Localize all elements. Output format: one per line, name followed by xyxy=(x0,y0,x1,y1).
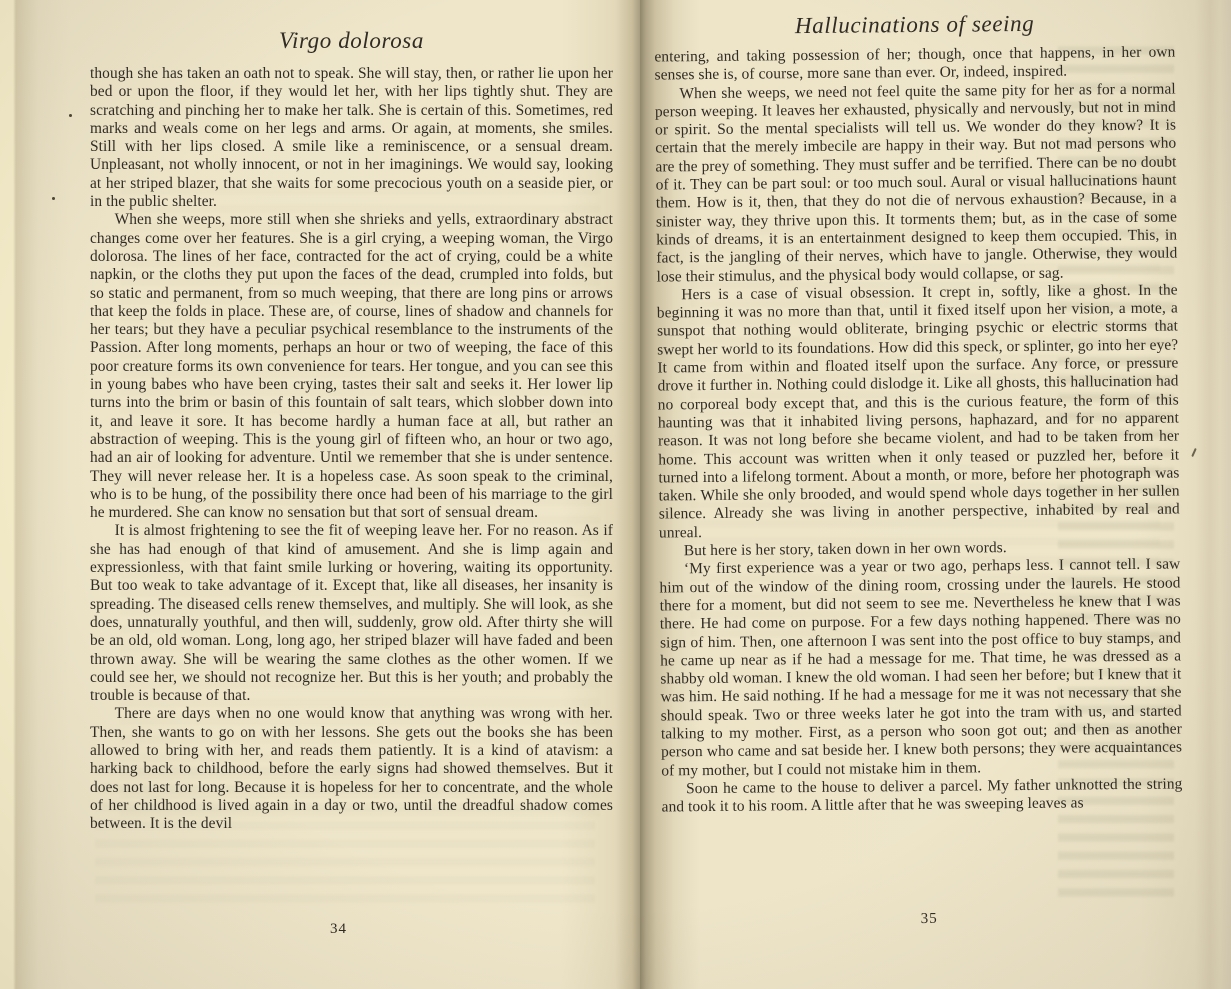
paragraph: Soon he came to the house to deliver a p… xyxy=(661,775,1182,817)
page-number: 35 xyxy=(921,910,938,928)
right-page-text-column: Hallucinations of seeing entering, and t… xyxy=(654,9,1183,816)
paragraph: When she weeps, we need not feel quite t… xyxy=(655,80,1178,286)
paragraph: though she has taken an oath not to spea… xyxy=(90,65,613,211)
paragraph: When she weeps, more still when she shri… xyxy=(90,211,613,522)
page-number: 34 xyxy=(330,921,347,938)
paragraph: It is almost frightening to see the fit … xyxy=(90,522,613,705)
left-page: Virgo dolorosa though she has taken an o… xyxy=(0,0,640,989)
right-page: Hallucinations of seeing entering, and t… xyxy=(640,0,1231,989)
left-page-text-column: Virgo dolorosa though she has taken an o… xyxy=(90,28,613,833)
paper-speck xyxy=(52,197,55,200)
running-head-right: Hallucinations of seeing xyxy=(654,9,1175,40)
paragraph: entering, and taking possession of her; … xyxy=(654,43,1175,85)
paper-speck xyxy=(1087,257,1089,259)
paragraph: ‘My first experience was a year or two a… xyxy=(659,556,1182,781)
running-head-left: Virgo dolorosa xyxy=(90,28,613,54)
paragraph: Hers is a case of visual obsession. It c… xyxy=(657,281,1180,542)
paper-speck xyxy=(69,114,72,117)
paragraph: There are days when no one would know th… xyxy=(90,705,613,833)
book-scan: Virgo dolorosa though she has taken an o… xyxy=(0,0,1231,989)
